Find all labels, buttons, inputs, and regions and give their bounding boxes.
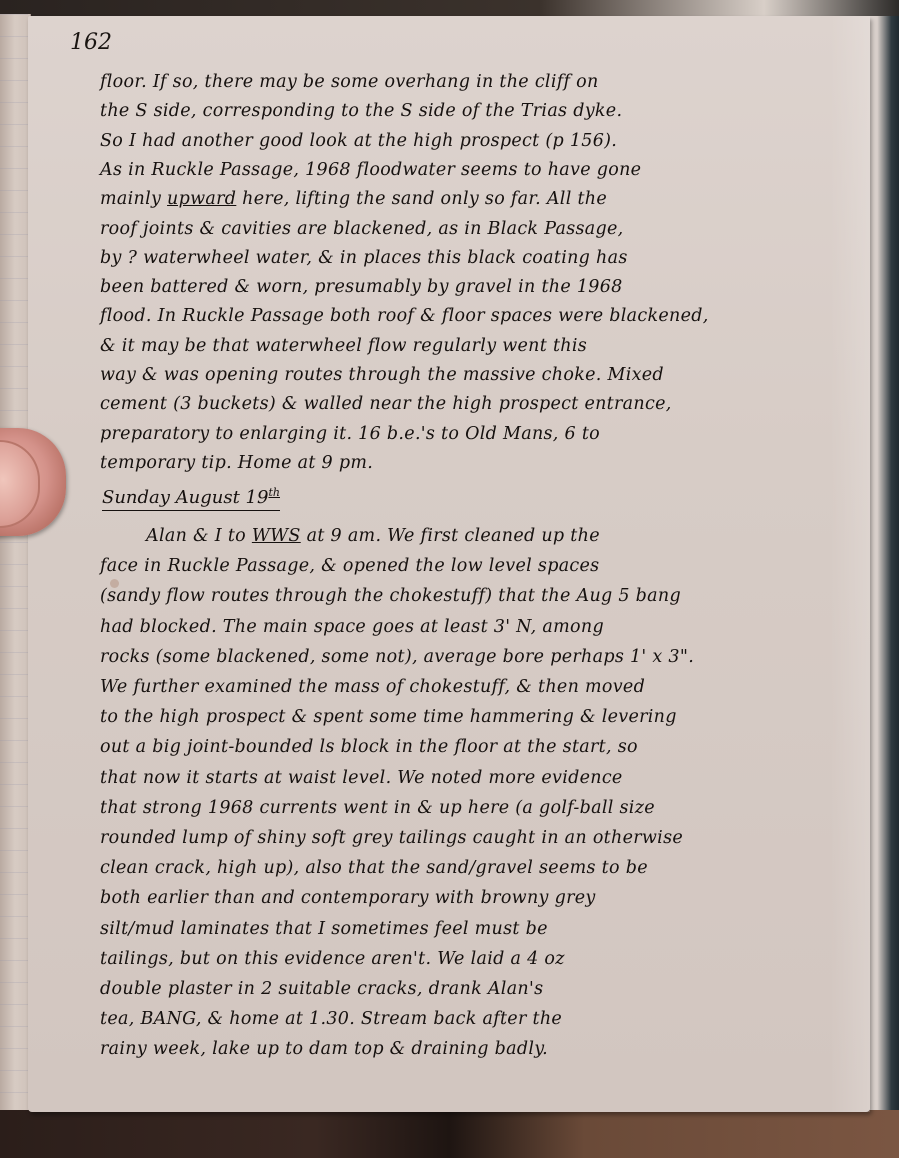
table-surface <box>0 1110 899 1158</box>
handwritten-line: (sandy flow routes through the chokestuf… <box>100 586 870 606</box>
handwritten-line: tea, BANG, & home at 1.30. Stream back a… <box>100 1009 870 1029</box>
handwritten-line: clean crack, high up), also that the san… <box>100 858 870 878</box>
handwritten-line: double plaster in 2 suitable cracks, dra… <box>100 979 870 999</box>
entry-heading: Sunday August 19th <box>102 486 280 511</box>
left-page-grid <box>0 14 28 1114</box>
handwritten-line: preparatory to enlarging it. 16 b.e.'s t… <box>100 424 870 444</box>
handwritten-line: to the high prospect & spent some time h… <box>100 707 870 727</box>
handwritten-line: rocks (some blackened, some not), averag… <box>100 647 870 667</box>
handwritten-line: mainly upward here, lifting the sand onl… <box>100 189 870 209</box>
handwritten-line: way & was opening routes through the mas… <box>100 365 870 385</box>
paper-stain <box>110 579 119 588</box>
handwritten-line: face in Ruckle Passage, & opened the low… <box>100 556 870 576</box>
entry-heading-suffix: th <box>268 486 280 499</box>
handwritten-line: We further examined the mass of chokestu… <box>100 677 870 697</box>
entry-heading-text: Sunday August 19 <box>102 487 268 508</box>
handwritten-line: that now it starts at waist level. We no… <box>100 768 870 788</box>
handwritten-line: rainy week, lake up to dam top & drainin… <box>100 1039 870 1059</box>
handwritten-line: had blocked. The main space goes at leas… <box>100 617 870 637</box>
handwritten-line: cement (3 buckets) & walled near the hig… <box>100 394 870 414</box>
handwritten-line: the S side, corresponding to the S side … <box>100 101 870 121</box>
handwritten-line: that strong 1968 currents went in & up h… <box>100 798 870 818</box>
handwritten-line: been battered & worn, presumably by grav… <box>100 277 870 297</box>
notebook-page: 162 floor. If so, there may be some over… <box>28 16 870 1112</box>
handwritten-line: temporary tip. Home at 9 pm. <box>100 453 870 473</box>
handwritten-line: rounded lump of shiny soft grey tailings… <box>100 828 870 848</box>
handwritten-line: roof joints & cavities are blackened, as… <box>100 219 870 239</box>
underlined-word: upward <box>167 189 236 209</box>
page-number: 162 <box>70 30 112 55</box>
handwritten-line: So I had another good look at the high p… <box>100 131 870 151</box>
handwritten-line: tailings, but on this evidence aren't. W… <box>100 949 870 969</box>
underlined-word: WWS <box>252 526 301 546</box>
handwritten-line: As in Ruckle Passage, 1968 floodwater se… <box>100 160 870 180</box>
thumbnail <box>0 440 40 528</box>
notebook-cover-edge <box>868 16 899 1128</box>
handwritten-line: Alan & I to WWS at 9 am. We first cleane… <box>146 526 899 546</box>
handwritten-line: by ? waterwheel water, & in places this … <box>100 248 870 268</box>
handwritten-line: both earlier than and contemporary with … <box>100 888 870 908</box>
handwritten-line: out a big joint-bounded ls block in the … <box>100 737 870 757</box>
handwritten-line: floor. If so, there may be some overhang… <box>100 72 870 92</box>
handwritten-line: silt/mud laminates that I sometimes feel… <box>100 919 870 939</box>
handwritten-line: & it may be that waterwheel flow regular… <box>100 336 870 356</box>
handwritten-line: flood. In Ruckle Passage both roof & flo… <box>100 306 870 326</box>
